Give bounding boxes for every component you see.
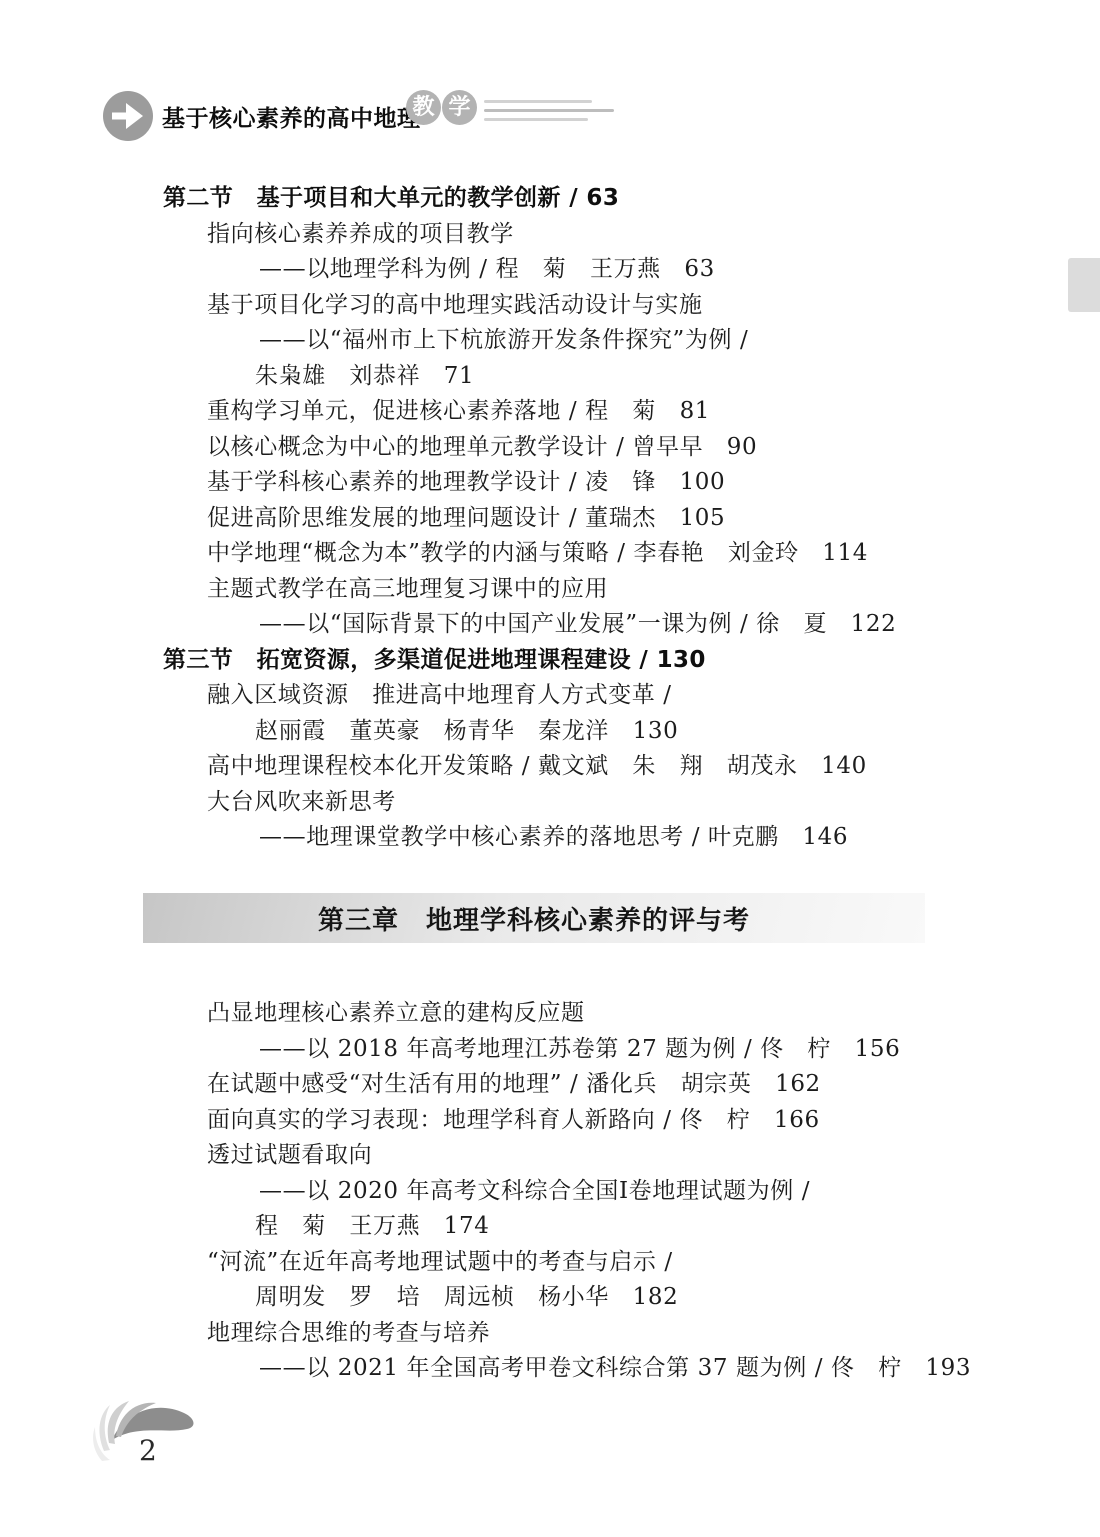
page-number: 2 xyxy=(139,1434,157,1467)
toc-entry: 透过试题看取向 xyxy=(207,1138,983,1174)
toc-entry: 中学地理“概念为本”教学的内涵与策略 / 李春艳 刘金玲 114 xyxy=(207,536,983,572)
toc-entry: ——以“福州市上下杭旅游开发条件探究”为例 / xyxy=(259,323,983,359)
header-decor-line xyxy=(484,109,614,112)
toc-list-2: 凸显地理核心素养立意的建构反应题——以 2018 年高考地理江苏卷第 27 题为… xyxy=(163,996,983,1387)
toc-entry: 周明发 罗 培 周远桢 杨小华 182 xyxy=(255,1280,983,1316)
toc-entry: 促进高阶思维发展的地理问题设计 / 董瑞杰 105 xyxy=(207,501,983,537)
toc-list-1: 第二节 基于项目和大单元的教学创新 / 63指向核心素养养成的项目教学——以地理… xyxy=(163,181,983,856)
toc-entry: 面向真实的学习表现：地理学科育人新路向 / 佟 柠 166 xyxy=(207,1103,983,1139)
toc-entry: 指向核心素养养成的项目教学 xyxy=(207,217,983,253)
toc-entry: 朱枭雄 刘恭祥 71 xyxy=(255,359,983,395)
toc-entry: 融入区域资源 推进高中地理育人方式变革 / xyxy=(207,678,983,714)
badge-jiao: 教 xyxy=(406,90,441,125)
toc-entry: 大台风吹来新思考 xyxy=(207,785,983,821)
toc-section-header: 第二节 基于项目和大单元的教学创新 / 63 xyxy=(163,181,983,217)
header-decor-line xyxy=(484,100,592,103)
toc-entry: 重构学习单元，促进核心素养落地 / 程 菊 81 xyxy=(207,394,983,430)
chapter-banner-title: 第三章 地理学科核心素养的评与考 xyxy=(318,900,750,937)
arrow-right-icon xyxy=(103,91,153,141)
toc-entry: 地理综合思维的考查与培养 xyxy=(207,1316,983,1352)
toc-entry: ——以地理学科为例 / 程 菊 王万燕 63 xyxy=(259,252,983,288)
toc-entry: 赵丽霞 董英豪 杨青华 秦龙洋 130 xyxy=(255,714,983,750)
toc-entry: 以核心概念为中心的地理单元教学设计 / 曾早早 90 xyxy=(207,430,983,466)
toc-entry: 基于项目化学习的高中地理实践活动设计与实施 xyxy=(207,288,983,324)
toc-entry: 在试题中感受“对生活有用的地理” / 潘化兵 胡宗英 162 xyxy=(207,1067,983,1103)
header-decor-line xyxy=(484,118,588,121)
toc-entry: 凸显地理核心素养立意的建构反应题 xyxy=(207,996,983,1032)
toc-entry: ——地理课堂教学中核心素养的落地思考 / 叶克鹏 146 xyxy=(259,820,983,856)
toc-entry: 基于学科核心素养的地理教学设计 / 凌 锋 100 xyxy=(207,465,983,501)
toc-entry: ——以 2018 年高考地理江苏卷第 27 题为例 / 佟 柠 156 xyxy=(259,1032,983,1068)
toc-entry: ——以“国际背景下的中国产业发展”一课为例 / 徐 夏 122 xyxy=(259,607,983,643)
toc-entry: ——以 2020 年高考文科综合全国Ⅰ卷地理试题为例 / xyxy=(259,1174,983,1210)
toc-entry: ——以 2021 年全国高考甲卷文科综合第 37 题为例 / 佟 柠 193 xyxy=(259,1351,983,1387)
toc-entry: 主题式教学在高三地理复习课中的应用 xyxy=(207,572,983,608)
toc-entry: “河流”在近年高考地理试题中的考查与启示 / xyxy=(207,1245,983,1281)
book-title: 基于核心素养的高中地理 xyxy=(162,100,421,133)
toc-section-header: 第三节 拓宽资源，多渠道促进地理课程建设 / 130 xyxy=(163,643,983,679)
page-edge-tab xyxy=(1068,258,1100,312)
chapter-banner: 第三章 地理学科核心素养的评与考 xyxy=(143,893,925,943)
badge-xue: 学 xyxy=(442,90,477,125)
toc-entry: 高中地理课程校本化开发策略 / 戴文斌 朱 翔 胡茂永 140 xyxy=(207,749,983,785)
toc-entry: 程 菊 王万燕 174 xyxy=(255,1209,983,1245)
